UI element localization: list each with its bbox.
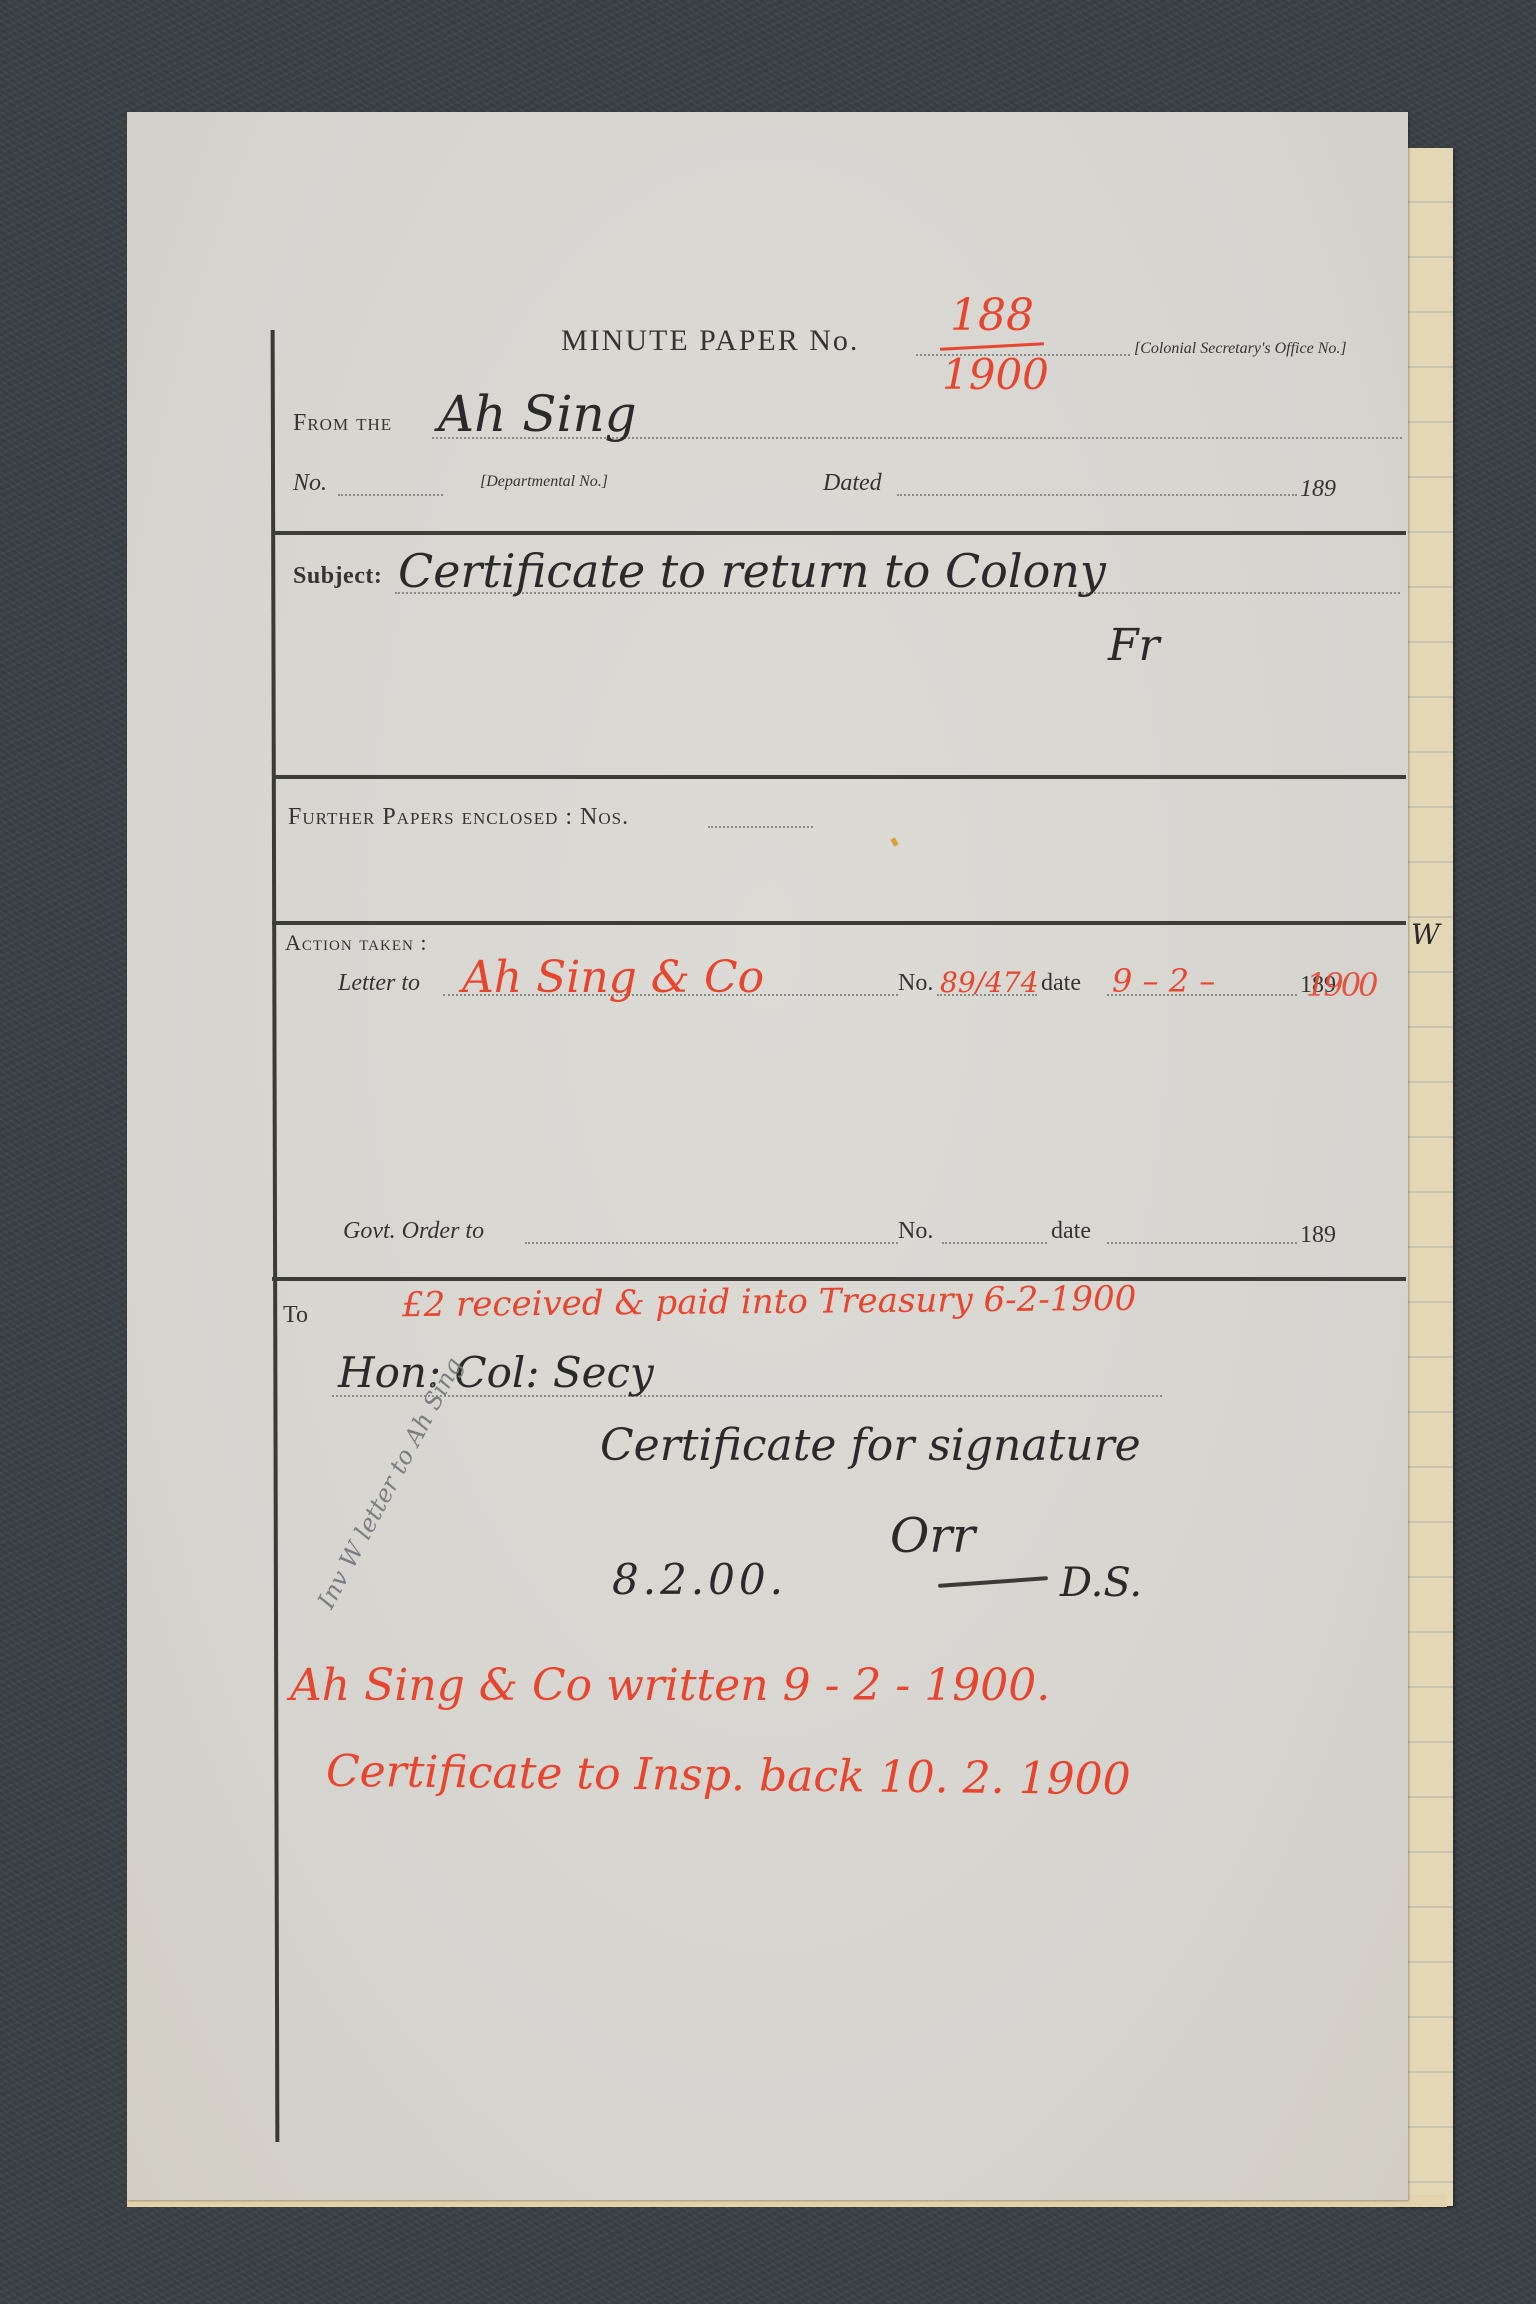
subject-label: Subject: [293, 563, 382, 590]
addressee: Hon: Col: Secy [338, 1348, 654, 1397]
govt-order-label: Govt. Order to [343, 1218, 484, 1245]
from-label: From the [293, 410, 392, 437]
letter-no-label: No. [898, 970, 933, 997]
page-title: MINUTE PAPER No. [561, 324, 859, 358]
section-divider-subject [272, 775, 1406, 779]
letter-written-note: Ah Sing & Co written 9 - 2 - 1900. [290, 1660, 1050, 1711]
further-papers-label: Further Papers enclosed : Nos. [288, 804, 629, 831]
minute-number: 188 [950, 290, 1034, 341]
minute-year: 1900 [942, 350, 1049, 399]
instruction-text: Certificate for signature [600, 1420, 1141, 1471]
signature-initials: D.S. [1060, 1560, 1142, 1606]
govt-date-field [1107, 1242, 1297, 1244]
departmental-bracket-label: [Departmental No.] [480, 473, 608, 491]
to-label: To [283, 1302, 308, 1329]
dated-field [897, 494, 1297, 496]
subject-value: Certificate to return to Colony [398, 544, 1106, 598]
letter-to-value: Ah Sing & Co [462, 952, 764, 1003]
govt-year: 189 [1300, 1222, 1336, 1249]
further-papers-field [708, 826, 813, 828]
letter-year-correction: 1900 [1306, 966, 1375, 1004]
letter-to-label: Letter to [338, 970, 420, 997]
margin-mark: W [1411, 918, 1440, 951]
govt-no-field [942, 1242, 1047, 1244]
letter-date-value: 9 – 2 – [1112, 962, 1215, 1000]
certificate-returned-note: Certificate to Insp. back 10. 2. 1900 [326, 1746, 1131, 1805]
signature: Orr [890, 1508, 975, 1564]
departmental-no-label: No. [293, 470, 327, 497]
govt-order-field [525, 1242, 898, 1244]
section-divider-from [272, 531, 1406, 535]
letter-no-value: 89/474 [940, 966, 1039, 999]
treasury-receipt-note: £2 received & paid into Treasury 6-2-190… [402, 1279, 1137, 1325]
from-value: Ah Sing [438, 385, 637, 443]
govt-date-label: date [1051, 1218, 1091, 1245]
action-taken-label: Action taken : [285, 930, 427, 956]
minute-date: 8.2.00. [612, 1555, 787, 1604]
section-divider-further-papers [272, 921, 1406, 925]
office-number-label: [Colonial Secretary's Office No.] [1134, 340, 1347, 358]
departmental-no-field [338, 494, 443, 496]
dated-year-prefix: 189 [1300, 476, 1336, 503]
govt-no-label: No. [898, 1218, 933, 1245]
dated-label: Dated [823, 470, 882, 497]
subject-initials: Fr [1108, 620, 1160, 671]
letter-date-label: date [1041, 970, 1081, 997]
